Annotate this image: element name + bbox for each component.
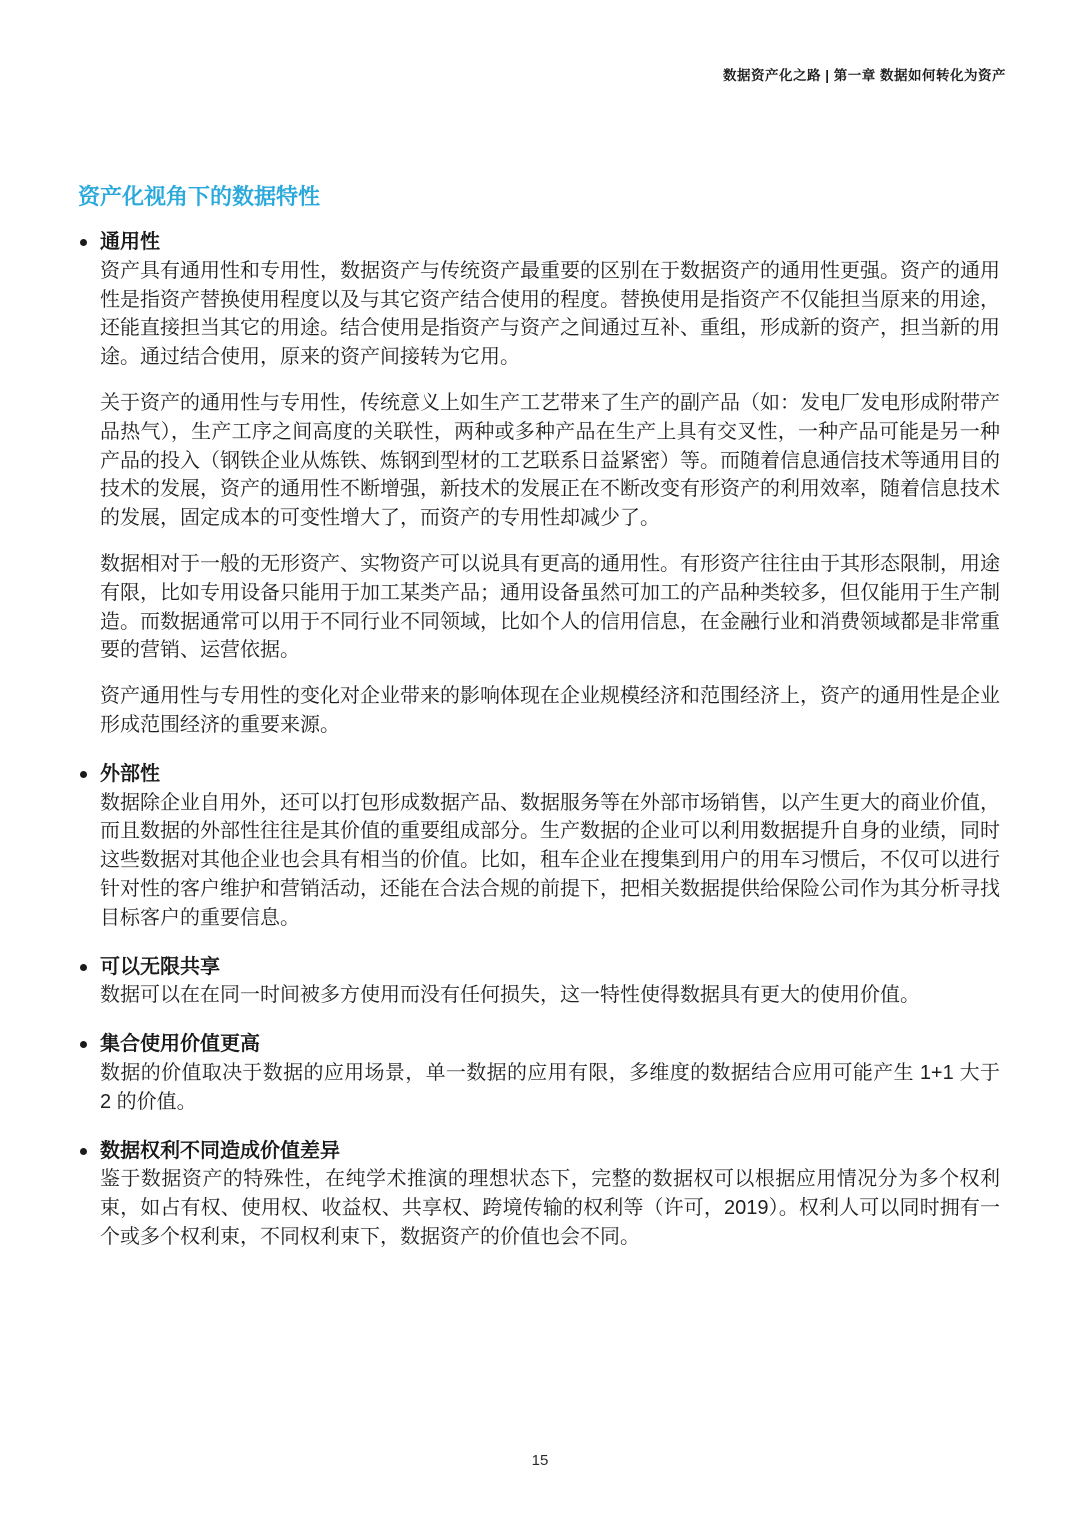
bullet-title: 集合使用价值更高 [100,1030,1000,1059]
page-content: 资产化视角下的数据特性 通用性 资产具有通用性和专用性，数据资产与传统资产最重要… [0,0,1080,1252]
bullet-marker [78,1030,100,1059]
document-page: 数据资产化之路 | 第一章 数据如何转化为资产 资产化视角下的数据特性 通用性 … [0,0,1080,1527]
paragraph: 鉴于数据资产的特殊性，在纯学术推演的理想状态下，完整的数据权可以根据应用情况分为… [100,1165,1000,1251]
paragraph: 数据除企业自用外，还可以打包形成数据产品、数据服务等在外部市场销售，以产生更大的… [100,789,1000,933]
bullet-title: 外部性 [100,760,1000,789]
bullet-section-universality: 通用性 资产具有通用性和专用性，数据资产与传统资产最重要的区别在于数据资产的通用… [78,228,1000,740]
bullet-dot-icon [80,1041,87,1048]
page-number: 15 [532,1452,549,1469]
bullet-title: 数据权利不同造成价值差异 [100,1137,1000,1166]
paragraph: 资产通用性与专用性的变化对企业带来的影响体现在企业规模经济和范围经济上，资产的通… [100,682,1000,740]
page-footer: 15 [0,1452,1080,1469]
bullet-dot-icon [80,1148,87,1155]
bullet-section-rights-value-difference: 数据权利不同造成价值差异 鉴于数据资产的特殊性，在纯学术推演的理想状态下，完整的… [78,1137,1000,1252]
paragraph: 资产具有通用性和专用性，数据资产与传统资产最重要的区别在于数据资产的通用性更强。… [100,257,1000,372]
section-body: 集合使用价值更高 数据的价值取决于数据的应用场景，单一数据的应用有限，多维度的数… [100,1030,1000,1116]
bullet-section-aggregate-value: 集合使用价值更高 数据的价值取决于数据的应用场景，单一数据的应用有限，多维度的数… [78,1030,1000,1116]
section-body: 外部性 数据除企业自用外，还可以打包形成数据产品、数据服务等在外部市场销售，以产… [100,760,1000,933]
page-title: 资产化视角下的数据特性 [78,182,1000,211]
bullet-dot-icon [80,771,87,778]
bullet-title: 通用性 [100,228,1000,257]
paragraph: 关于资产的通用性与专用性，传统意义上如生产工艺带来了生产的副产品（如：发电厂发电… [100,389,1000,533]
bullet-marker [78,760,100,789]
bullet-section-externality: 外部性 数据除企业自用外，还可以打包形成数据产品、数据服务等在外部市场销售，以产… [78,760,1000,933]
paragraph: 数据可以在在同一时间被多方使用而没有任何损失，这一特性使得数据具有更大的使用价值… [100,981,1000,1010]
running-header: 数据资产化之路 | 第一章 数据如何转化为资产 [723,64,1006,84]
bullet-marker [78,228,100,257]
bullet-marker [78,1137,100,1166]
section-body: 通用性 资产具有通用性和专用性，数据资产与传统资产最重要的区别在于数据资产的通用… [100,228,1000,740]
section-body: 可以无限共享 数据可以在在同一时间被多方使用而没有任何损失，这一特性使得数据具有… [100,953,1000,1011]
bullet-dot-icon [80,239,87,246]
bullet-marker [78,953,100,982]
bullet-section-unlimited-sharing: 可以无限共享 数据可以在在同一时间被多方使用而没有任何损失，这一特性使得数据具有… [78,953,1000,1011]
paragraph: 数据的价值取决于数据的应用场景，单一数据的应用有限，多维度的数据结合应用可能产生… [100,1059,1000,1117]
bullet-dot-icon [80,964,87,971]
section-body: 数据权利不同造成价值差异 鉴于数据资产的特殊性，在纯学术推演的理想状态下，完整的… [100,1137,1000,1252]
bullet-title: 可以无限共享 [100,953,1000,982]
paragraph: 数据相对于一般的无形资产、实物资产可以说具有更高的通用性。有形资产往往由于其形态… [100,550,1000,665]
